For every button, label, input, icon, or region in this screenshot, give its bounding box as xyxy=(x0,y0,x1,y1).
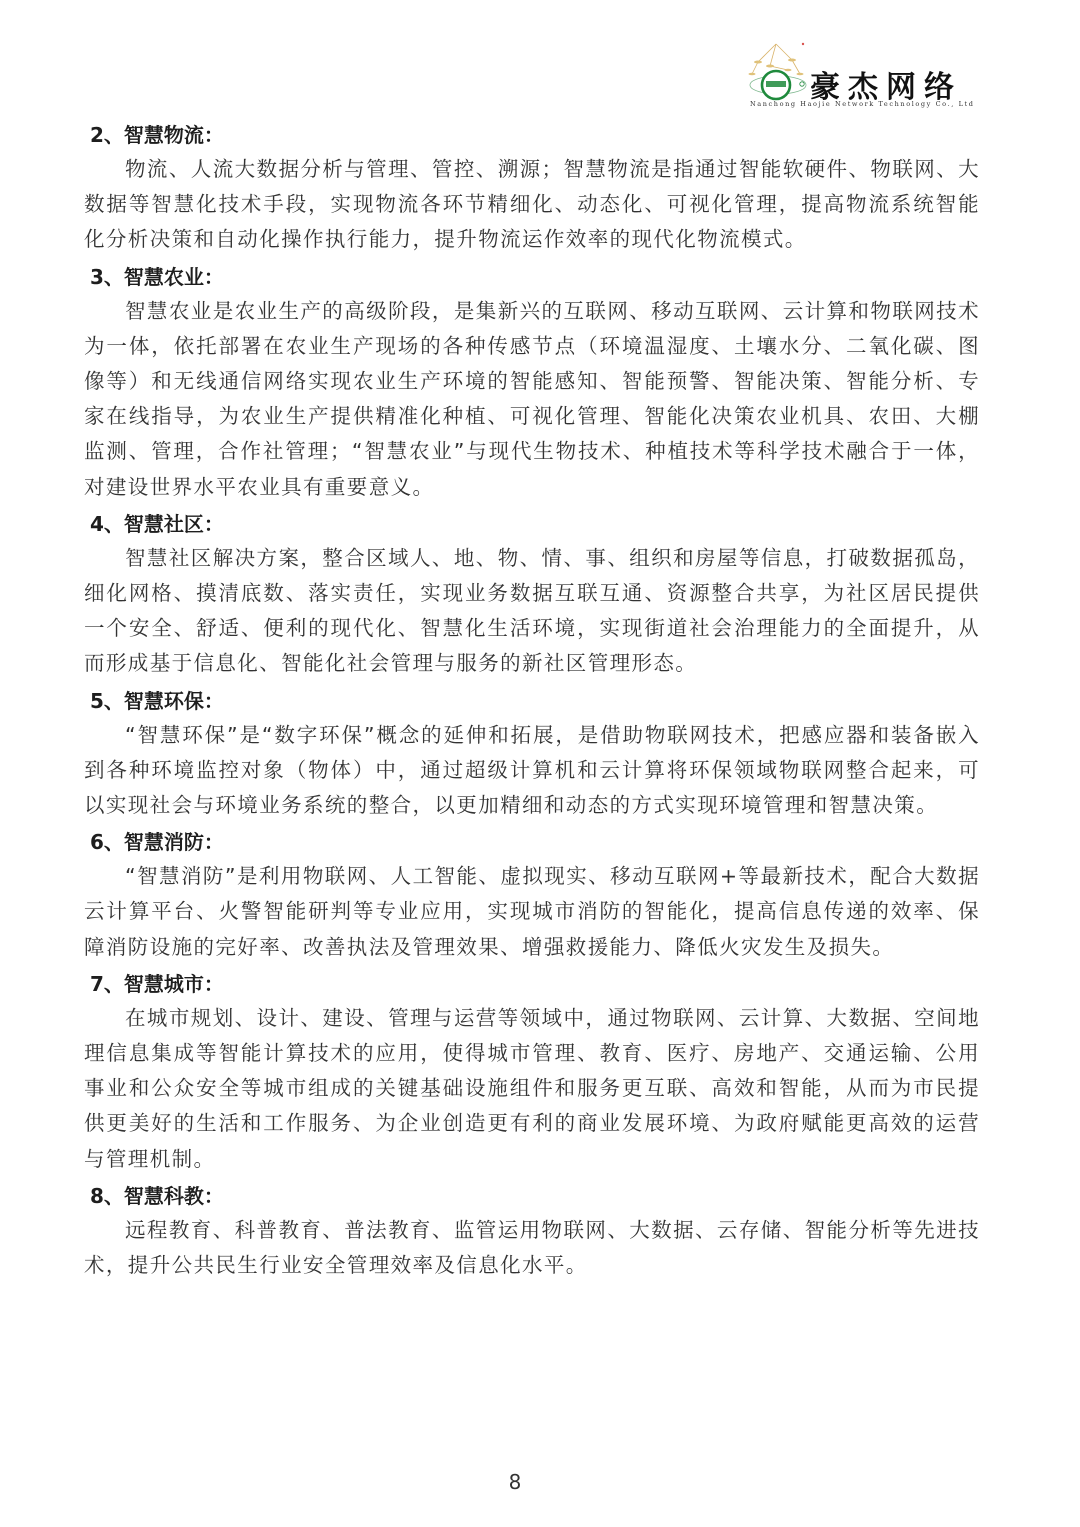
section-heading: 6、智慧消防： xyxy=(84,825,980,859)
section-paragraph: “智慧环保”是“数字环保”概念的延伸和拓展，是借助物联网技术，把感应器和装备嵌入… xyxy=(84,718,980,824)
section-paragraph: 智慧农业是农业生产的高级阶段，是集新兴的互联网、移动互联网、云计算和物联网技术为… xyxy=(84,294,980,505)
section-smart-agriculture: 3、智慧农业： 智慧农业是农业生产的高级阶段，是集新兴的互联网、移动互联网、云计… xyxy=(84,260,980,505)
section-smart-fire-protection: 6、智慧消防： “智慧消防”是利用物联网、人工智能、虚拟现实、移动互联网+等最新… xyxy=(84,825,980,965)
section-heading: 5、智慧环保： xyxy=(84,684,980,718)
section-paragraph: 智慧社区解决方案，整合区域人、地、物、情、事、组织和房屋等信息，打破数据孤岛，细… xyxy=(84,541,980,682)
section-smart-community: 4、智慧社区： 智慧社区解决方案，整合区域人、地、物、情、事、组织和房屋等信息，… xyxy=(84,507,980,682)
company-name-en: Nanchong Haojie Network Technology Co., … xyxy=(750,100,974,108)
section-smart-environment: 5、智慧环保： “智慧环保”是“数字环保”概念的延伸和拓展，是借助物联网技术，把… xyxy=(84,684,980,824)
section-heading: 2、智慧物流： xyxy=(84,118,980,152)
section-heading: 7、智慧城市： xyxy=(84,967,980,1001)
section-smart-logistics: 2、智慧物流： 物流、人流大数据分析与管理、管控、溯源；智慧物流是指通过智能软硬… xyxy=(84,118,980,258)
section-heading: 4、智慧社区： xyxy=(84,507,980,541)
section-paragraph: 远程教育、科普教育、普法教育、监管运用物联网、大数据、云存储、智能分析等先进技术… xyxy=(84,1213,980,1283)
section-paragraph: “智慧消防”是利用物联网、人工智能、虚拟现实、移动互联网+等最新技术，配合大数据… xyxy=(84,859,980,965)
section-heading: 3、智慧农业： xyxy=(84,260,980,294)
page-number: 8 xyxy=(0,1470,1030,1494)
section-smart-education: 8、智慧科教： 远程教育、科普教育、普法教育、监管运用物联网、大数据、云存储、智… xyxy=(84,1179,980,1283)
logo-emblem-icon xyxy=(748,40,808,102)
section-paragraph: 在城市规划、设计、建设、管理与运营等领域中，通过物联网、云计算、大数据、空间地理… xyxy=(84,1001,980,1177)
section-heading: 8、智慧科教： xyxy=(84,1179,980,1213)
section-paragraph: 物流、人流大数据分析与管理、管控、溯源；智慧物流是指通过智能软硬件、物联网、大数… xyxy=(84,152,980,258)
company-logo: 豪杰网络 Nanchong Haojie Network Technology … xyxy=(748,40,988,112)
section-smart-city: 7、智慧城市： 在城市规划、设计、建设、管理与运营等领域中，通过物联网、云计算、… xyxy=(84,967,980,1177)
document-body: 2、智慧物流： 物流、人流大数据分析与管理、管控、溯源；智慧物流是指通过智能软硬… xyxy=(84,118,980,1285)
